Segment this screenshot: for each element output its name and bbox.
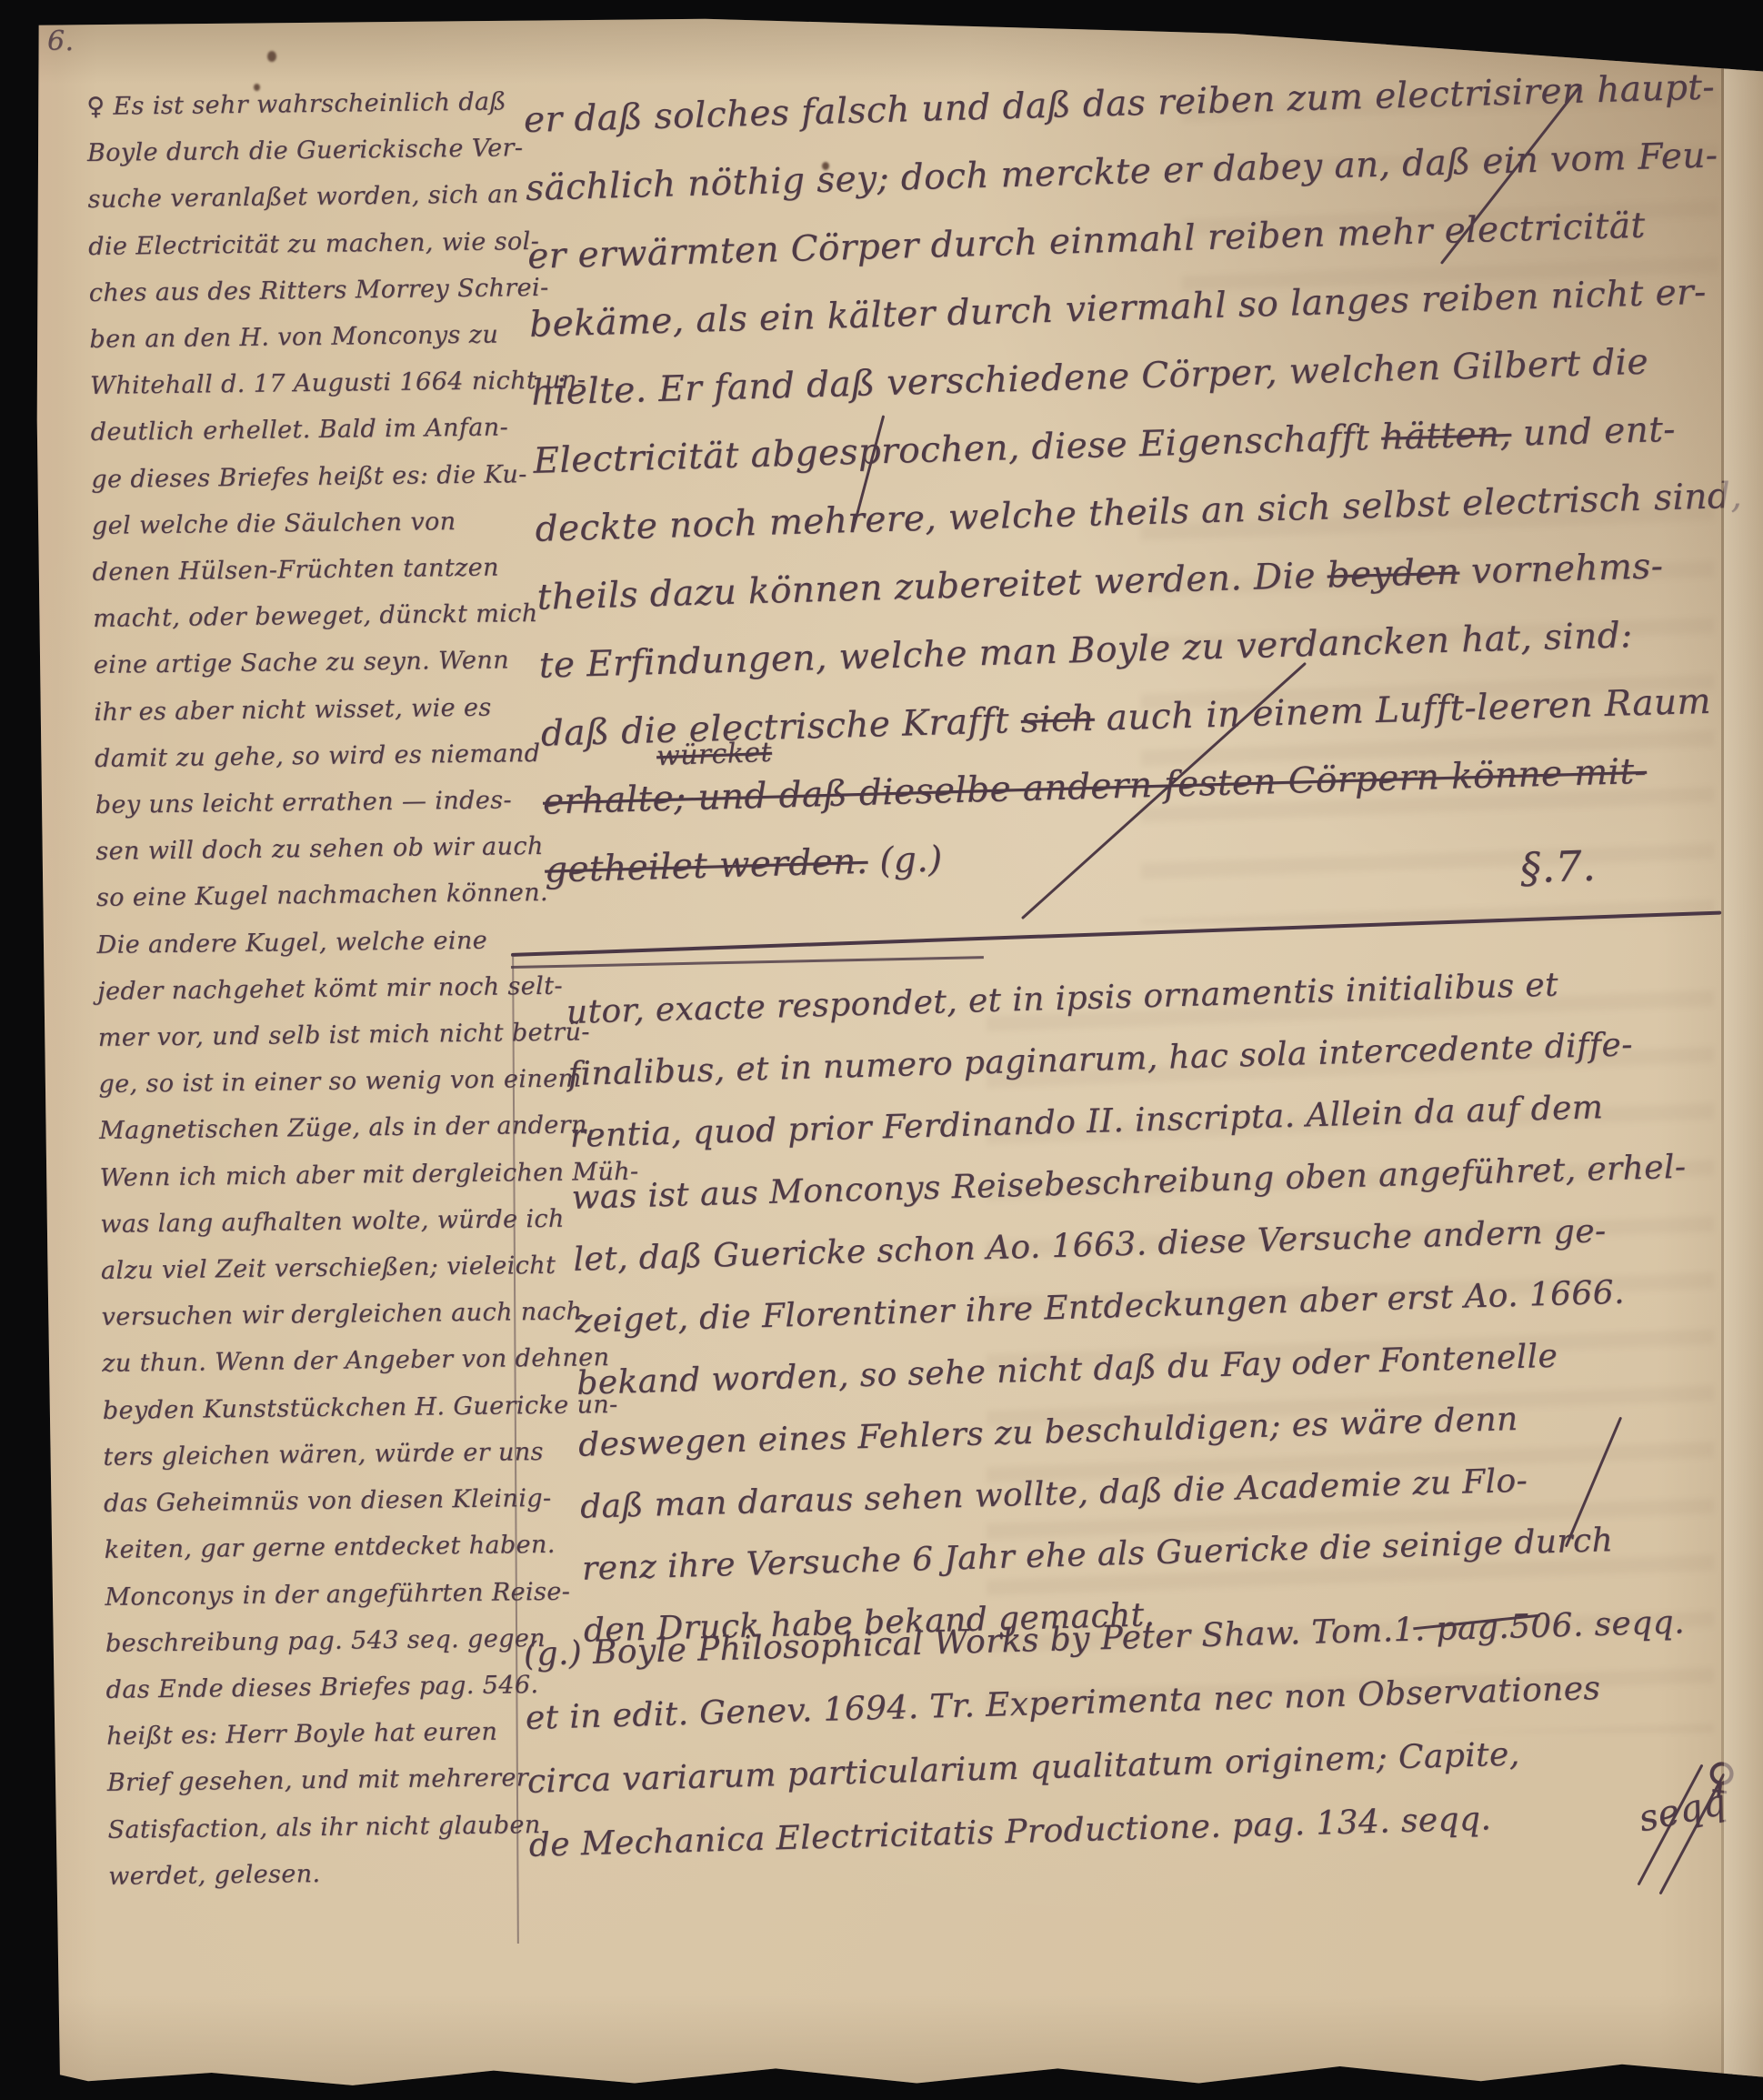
manuscript-line: Brief gesehen, und mit mehrerer	[107, 1754, 545, 1806]
manuscript-text: Monconys in der angeführten Reise-	[105, 1577, 570, 1611]
manuscript-line: beyden Kunststückchen H. Guericke un-	[103, 1382, 540, 1434]
manuscript-line: versuchen wir dergleichen auch nach	[101, 1289, 538, 1341]
manuscript-line: ge, so ist in einer so wenig von einem	[98, 1056, 536, 1108]
page-number: 6.	[47, 25, 74, 57]
manuscript-text: auch in einem Lufft-leeren Raum	[1094, 681, 1711, 739]
manuscript-text: Brief gesehen, und mit mehrerer	[107, 1764, 529, 1798]
manuscript-line: Die andere Kugel, welche eine	[96, 917, 534, 969]
section-divider-line-secondary	[511, 956, 984, 968]
struck-text: hätten,	[1380, 414, 1511, 458]
page-edge-strip	[1724, 56, 1763, 2077]
manuscript-line: das Ende dieses Briefes pag. 546.	[105, 1662, 543, 1713]
manuscript-line: ♀ Es ist sehr wahrscheinlich daß	[86, 78, 524, 130]
manuscript-line: eine artige Sache zu seyn. Wenn	[94, 638, 531, 689]
manuscript-line: das Geheimnüs von diesen Kleinig-	[104, 1475, 541, 1527]
manuscript-text: suche veranlaßet worden, sich an	[87, 181, 518, 215]
manuscript-text: keiten, gar gerne entdecket haben.	[105, 1531, 556, 1564]
footnote-block: (g.) Boyle Philosophical Works by Peter …	[523, 1590, 1748, 1878]
manuscript-line: macht, oder beweget, dünckt mich	[93, 590, 530, 642]
manuscript-text: Die andere Kugel, welche eine	[96, 926, 487, 959]
manuscript-text: mer vor, und selb ist mich nicht betrü-	[98, 1018, 590, 1052]
manuscript-text: ters gleichen wären, würde er uns	[103, 1438, 544, 1472]
struck-text: beyden	[1327, 551, 1460, 596]
manuscript-text: zu thun. Wenn der Angeber von dehnen	[102, 1344, 610, 1379]
manuscript-line: Wenn ich mich aber mit dergleichen Müh-	[99, 1150, 536, 1201]
manuscript-line: mer vor, und selb ist mich nicht betrü-	[98, 1010, 536, 1061]
manuscript-text: damit zu gehe, so wird es niemand	[95, 739, 541, 773]
manuscript-line: ters gleichen wären, würde er uns	[103, 1429, 540, 1481]
manuscript-line: keiten, gar gerne entdecket haben.	[104, 1522, 541, 1573]
manuscript-text: bey uns leicht errathen — indes-	[95, 786, 513, 819]
manuscript-text: ches aus des Ritters Morrey Schrei-	[89, 274, 549, 307]
struck-text: sich	[1020, 698, 1095, 741]
lower-paragraph: utor, exacte respondet, et in ipsis orna…	[566, 950, 1757, 1663]
left-margin-column: ♀ Es ist sehr wahrscheinlich daßBoyle du…	[86, 78, 545, 1900]
manuscript-text: theils dazu können zubereitet werden. Di…	[536, 556, 1327, 618]
ink-spot	[254, 84, 260, 91]
manuscript-text: und ent-	[1511, 409, 1677, 455]
manuscript-text: versuchen wir dergleichen auch nach	[101, 1298, 582, 1331]
manuscript-line: denen Hülsen-Früchten tantzen	[92, 544, 529, 596]
manuscript-line: deutlich erhellet. Bald im Anfan-	[90, 405, 527, 457]
manuscript-line: bey uns leicht errathen — indes-	[95, 777, 532, 829]
manuscript-text: daß die electrische Krafft	[540, 700, 1021, 755]
manuscript-text: was lang aufhalten wolte, würde ich	[100, 1205, 565, 1239]
manuscript-line: beschreibung pag. 543 seq. gegen	[105, 1615, 543, 1667]
manuscript-text: deutlich erhellet. Bald im Anfan-	[91, 414, 509, 447]
manuscript-line: ge dieses Briefes heißt es: die Ku-	[91, 451, 528, 503]
manuscript-text: vornehms-	[1459, 546, 1664, 592]
manuscript-text: heißt es: Herr Boyle hat euren	[106, 1718, 497, 1751]
manuscript-line: damit zu gehe, so wird es niemand	[95, 730, 532, 782]
manuscript-line: alzu viel Zeit verschießen; vieleicht	[101, 1242, 538, 1294]
manuscript-line: zu thun. Wenn der Angeber von dehnen	[102, 1336, 539, 1388]
interlinear-insertion: würcket	[656, 737, 772, 772]
manuscript-text: macht, oder beweget, dünckt mich	[93, 599, 538, 633]
section-divider-line	[511, 911, 1721, 957]
manuscript-text: werdet, gelesen.	[108, 1860, 321, 1891]
manuscript-text: Electricität abgesprochen, diese Eigensc…	[533, 417, 1382, 482]
manuscript-text: so eine Kugel nachmachen können.	[96, 879, 548, 912]
ink-spot	[822, 162, 829, 170]
manuscript-text: Magnetischen Züge, als in der andern.	[99, 1111, 596, 1146]
manuscript-text: de Mechanica Electricitatis Productione.…	[528, 1800, 1492, 1864]
ink-spot	[267, 51, 276, 62]
manuscript-text: das Geheimnüs von diesen Kleinig-	[104, 1484, 552, 1518]
manuscript-text: das Ende dieses Briefes pag. 546.	[105, 1671, 538, 1704]
manuscript-line: gel welche die Säulchen von	[92, 497, 529, 549]
manuscript-line: sen will doch zu sehen ob wir auch	[95, 823, 533, 875]
manuscript-line: heißt es: Herr Boyle hat euren	[106, 1708, 544, 1760]
manuscript-text: (g.)	[867, 839, 943, 881]
manuscript-text: Satisfaction, als ihr nicht glauben	[107, 1811, 540, 1844]
manuscript-text: eine artige Sache zu seyn. Wenn	[94, 647, 509, 680]
manuscript-line: Boyle durch die Guerickische Ver-	[87, 125, 525, 176]
manuscript-line: die Electricität zu machen, wie sol-	[88, 218, 526, 270]
manuscript-text: Boyle durch die Guerickische Ver-	[87, 134, 524, 167]
manuscript-line: werdet, gelesen.	[108, 1848, 546, 1900]
section-mark: §.7.	[1519, 841, 1597, 893]
manuscript-text: alzu viel Zeit verschießen; vieleicht	[101, 1251, 556, 1285]
manuscript-text: ihr es aber nicht wisset, wie es	[94, 693, 491, 726]
manuscript-text: beyden Kunststückchen H. Guericke un-	[103, 1391, 618, 1425]
struck-text: getheilet werden.	[544, 841, 868, 891]
manuscript-text: Whitehall d. 17 Augusti 1664 nicht un-	[90, 367, 586, 401]
manuscript-line: jeder nachgehet kömt mir noch selt-	[97, 963, 535, 1015]
manuscript-text: gel welche die Säulchen von	[92, 507, 456, 540]
manuscript-line: so eine Kugel nachmachen können.	[96, 870, 534, 922]
manuscript-line: Satisfaction, als ihr nicht glauben	[107, 1802, 545, 1854]
manuscript-text: ge, so ist in einer so wenig von einem	[98, 1065, 581, 1099]
manuscript-line: Whitehall d. 17 Augusti 1664 nicht un-	[90, 357, 527, 409]
manuscript-line: was lang aufhalten wolte, würde ich	[100, 1196, 537, 1248]
manuscript-line: suche veranlaßet worden, sich an	[87, 172, 525, 224]
manuscript-text: ben an den H. von Monconys zu	[89, 321, 498, 354]
manuscript-text: sen will doch zu sehen ob wir auch	[95, 832, 544, 866]
manuscript-text: denen Hülsen-Früchten tantzen	[92, 554, 499, 587]
manuscript-line: Monconys in der angeführten Reise-	[105, 1569, 542, 1621]
manuscript-text: ♀ Es ist sehr wahrscheinlich daß	[86, 87, 506, 121]
manuscript-text: Wenn ich mich aber mit dergleichen Müh-	[100, 1157, 639, 1191]
paper-page: 6. ♀ Es ist sehr wahrscheinlich daßBoyle…	[0, 0, 1763, 2100]
manuscript-line: ches aus des Ritters Morrey Schrei-	[89, 265, 526, 317]
manuscript-line: Magnetischen Züge, als in der andern.	[99, 1103, 536, 1155]
manuscript-line: ihr es aber nicht wisset, wie es	[94, 684, 531, 736]
manuscript-text: jeder nachgehet kömt mir noch selt-	[97, 972, 563, 1006]
manuscript-line: ben an den H. von Monconys zu	[89, 311, 526, 363]
manuscript-text: ge dieses Briefes heißt es: die Ku-	[91, 460, 527, 494]
manuscript-text: die Electricität zu machen, wie sol-	[88, 227, 539, 261]
manuscript-scan: 6. ♀ Es ist sehr wahrscheinlich daßBoyle…	[0, 0, 1763, 2100]
main-upper-paragraph: er daß solches falsch und daß das reiben…	[523, 53, 1755, 905]
manuscript-text: beschreibung pag. 543 seq. gegen	[105, 1624, 546, 1658]
